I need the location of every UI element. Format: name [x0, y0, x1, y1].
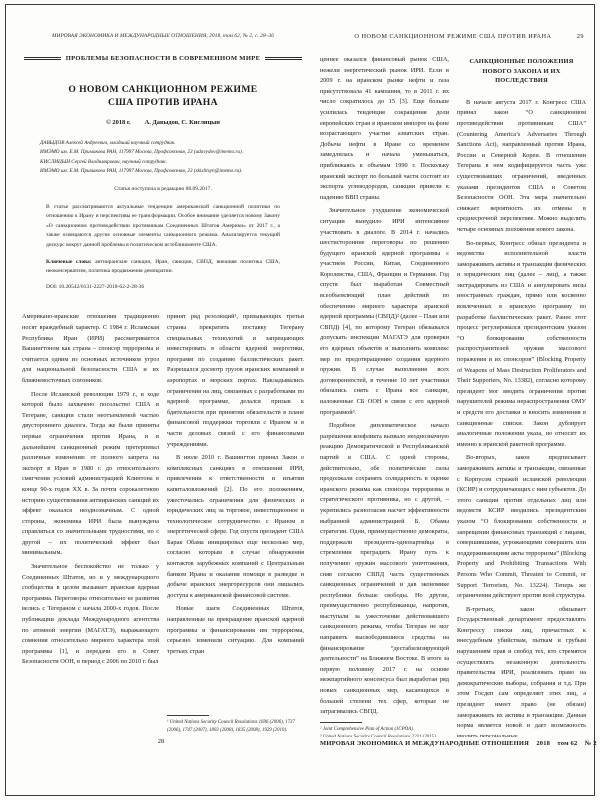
paragraph: В начале августа 2017 г. Конгресс США пр… — [457, 98, 586, 236]
footnote-block: ² Joint Comprehensive Plan of Action (JC… — [320, 718, 449, 737]
paragraph: Во-первых, Конгресс обязал президента и … — [457, 239, 586, 451]
paragraph: Новые шаги Соединенных Штатов, направлен… — [167, 604, 304, 657]
byline: © 2018 г.А. Давыдов, С. Кислицын — [22, 119, 304, 126]
article-title-line1: О НОВОМ САНКЦИОННОМ РЕЖИМЕ — [22, 84, 304, 97]
paragraph: Во-вторых, закон предписывает заморажива… — [457, 453, 586, 601]
paragraph: В июле 2010 г. Вашингтон принял Закон о … — [167, 453, 304, 601]
abstract: В статье рассматриваются актуальные тенд… — [22, 203, 304, 251]
column-2: принят ряд резолюций¹, призывающих треть… — [167, 312, 304, 735]
footnote-rule — [167, 715, 209, 716]
journal-spread: МИРОВАЯ ЭКОНОМИКА И МЕЖДУНАРОДНЫЕ ОТНОШЕ… — [5, 4, 595, 796]
double-rule-right — [265, 57, 302, 61]
page-number: 29 — [577, 33, 584, 40]
section-title: САНКЦИОННЫЕ ПОЛОЖЕНИЯ НОВОГО ЗАКОНА И ИХ… — [457, 57, 586, 86]
column-1: Американо-иранские отношения традиционно… — [22, 312, 159, 735]
journal-header: МИРОВАЯ ЭКОНОМИКА И МЕЖДУНАРОДНЫЕ ОТНОШЕ… — [22, 33, 304, 39]
left-page: МИРОВАЯ ЭКОНОМИКА И МЕЖДУНАРОДНЫЕ ОТНОШЕ… — [14, 5, 308, 795]
section-title-line1: САНКЦИОННЫЕ ПОЛОЖЕНИЯ — [457, 57, 586, 67]
footnote: ³ United Nations Security Council Resolu… — [320, 734, 449, 737]
author-info: ДАВЫДОВ Алексей Андреевич, младший научн… — [22, 139, 304, 177]
page-number: 28 — [14, 738, 308, 745]
article-title-line2: США ПРОТИВ ИРАНА — [22, 97, 304, 110]
body-columns: Американо-иранские отношения традиционно… — [22, 312, 304, 735]
double-rule-left — [24, 57, 61, 61]
keywords-label: Ключевые слова: — [46, 259, 92, 265]
paragraph: ценнее оказался финансовый рынок США, не… — [320, 55, 449, 203]
paragraph: Значительное ухудшение экономической сит… — [320, 206, 449, 418]
section-title-line2: НОВОГО ЗАКОНА И ИХ ПОСЛЕДСТВИЯ — [457, 67, 586, 86]
author-info-line: ДАВЫДОВ Алексей Андреевич, младший научн… — [40, 139, 286, 148]
column-2: САНКЦИОННЫЕ ПОЛОЖЕНИЯ НОВОГО ЗАКОНА И ИХ… — [457, 55, 586, 737]
received-date: Статья поступила в редакцию 08.09.2017. — [22, 186, 304, 192]
paragraph: Подобное дипломатическое начало разрешен… — [320, 421, 449, 718]
paragraph: Американо-иранские отношения традиционно… — [22, 312, 159, 386]
running-header: О НОВОМ САНКЦИОННОМ РЕЖИМЕ США ПРОТИВ ИР… — [320, 33, 586, 40]
paragraph: Значительное беспокойство не только у Со… — [22, 562, 159, 668]
section-heading-row: ПРОБЛЕМЫ БЕЗОПАСНОСТИ В СОВРЕМЕННОМ МИРЕ — [22, 55, 304, 62]
keywords: Ключевые слова: антииранские санкции, Ир… — [22, 258, 304, 277]
authors-names: А. Давыдов, С. Кислицын — [145, 119, 220, 126]
paragraph: В-третьих, закон обязывает Государственн… — [457, 605, 586, 737]
paragraph: принят ряд резолюций¹, призывающих треть… — [167, 312, 304, 450]
copyright-label: © 2018 г. — [106, 119, 131, 126]
doi: DOI: 10.20542/0131-2227-2018-62-2-28-36 — [22, 284, 304, 290]
footnote: ² Joint Comprehensive Plan of Action (JC… — [320, 726, 449, 734]
paragraph: После Исламской революции 1979 г., в ход… — [22, 390, 159, 560]
footnote-block: ¹ United Nations Security Council Resolu… — [167, 711, 304, 735]
body-columns: ценнее оказался финансовый рынок США, не… — [320, 55, 586, 737]
author-info-line: ИМЭМО им. Е.М. Примакова РАН, 117997 Мос… — [40, 167, 286, 176]
footnote: ¹ United Nations Security Council Resolu… — [167, 719, 304, 735]
footnote-rule — [320, 722, 362, 723]
section-heading: ПРОБЛЕМЫ БЕЗОПАСНОСТИ В СОВРЕМЕННОМ МИРЕ — [66, 55, 261, 62]
author-info-line: КИСЛИЦЫН Сергей Владимирович, научный со… — [40, 158, 286, 167]
right-page: О НОВОМ САНКЦИОННОМ РЕЖИМЕ США ПРОТИВ ИР… — [312, 5, 592, 795]
column-1: ценнее оказался финансовый рынок США, не… — [320, 55, 449, 737]
running-header-text: О НОВОМ САНКЦИОННОМ РЕЖИМЕ США ПРОТИВ ИР… — [354, 33, 551, 40]
journal-footer: МИРОВАЯ ЭКОНОМИКА И МЕЖДУНАРОДНЫЕ ОТНОШЕ… — [320, 740, 586, 747]
author-info-line: ИМЭМО им. Е.М. Примакова РАН, 117997 Мос… — [40, 148, 286, 157]
article-title: О НОВОМ САНКЦИОННОМ РЕЖИМЕ США ПРОТИВ ИР… — [22, 84, 304, 109]
